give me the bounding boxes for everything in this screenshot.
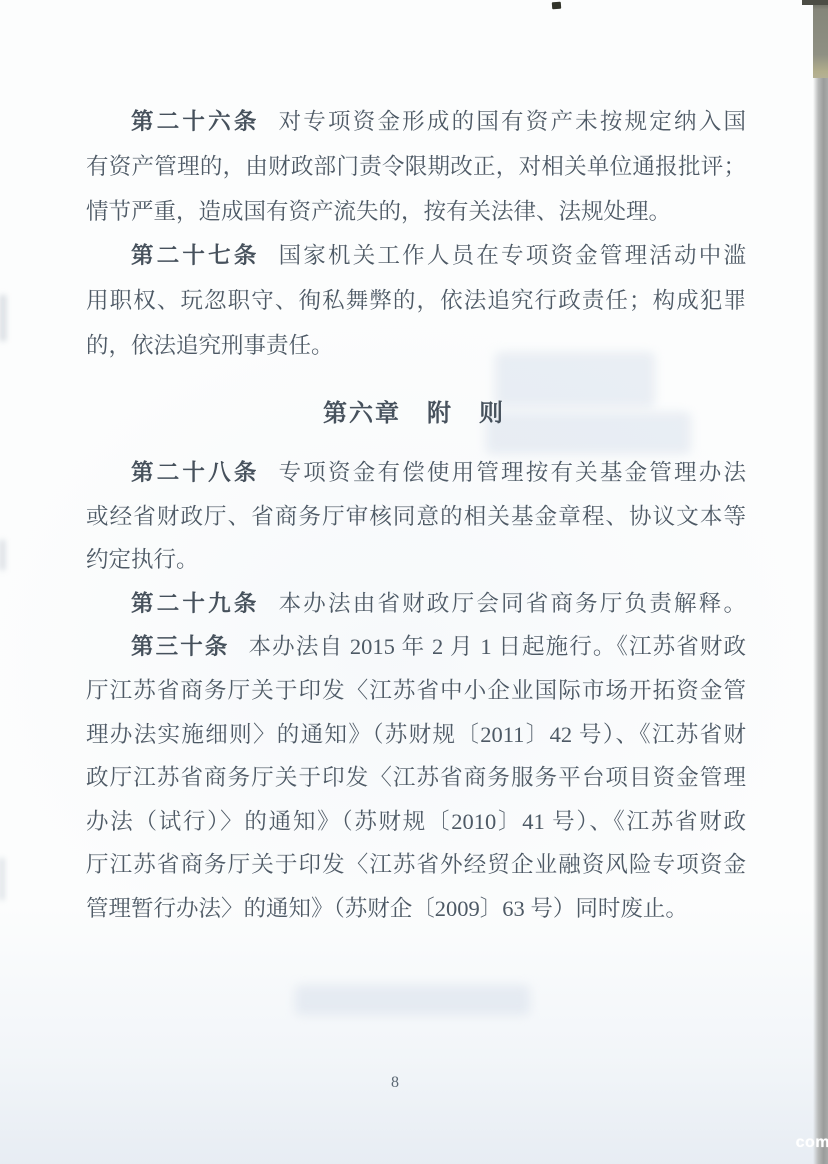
- line-text: 专项资金有偿使用管理按有关基金管理办法: [279, 460, 746, 485]
- scanner-edge-strip: [813, 0, 828, 1164]
- text-line: 第二十八条专项资金有偿使用管理按有关基金管理办法: [86, 451, 746, 495]
- line-text: 对专项资金形成的国有资产未按规定纳入国: [279, 109, 746, 134]
- line-text: 管理暂行办法〉的通知》（苏财企〔2009〕63 号）同时废止。: [86, 896, 688, 921]
- line-text: 理办法实施细则〉的通知》（苏财规〔2011〕42 号）、《江苏省财: [86, 722, 746, 747]
- line-text: 情节严重，造成国有资产流失的，按有关法律、法规处理。: [86, 199, 671, 224]
- edge-smudge: [0, 858, 4, 900]
- text-line: 用职权、玩忽职守、徇私舞弊的，依法追究行政责任；构成犯罪: [86, 279, 746, 324]
- bleed-through-smudge: [295, 985, 530, 1015]
- text-line: 或经省财政厅、省商务厅审核同意的相关基金章程、协议文本等: [86, 495, 746, 539]
- text-line: 办法（试行）〉的通知》（苏财规〔2010〕41 号）、《江苏省财政: [86, 800, 746, 844]
- text-line: 管理暂行办法〉的通知》（苏财企〔2009〕63 号）同时废止。: [86, 887, 746, 931]
- text-line: 第二十六条对专项资金形成的国有资产未按规定纳入国: [86, 100, 746, 145]
- line-text: 的，依法追究刑事责任。: [86, 333, 334, 358]
- article-number: 第二十六条: [131, 109, 260, 134]
- article-number: 第二十七条: [131, 243, 260, 268]
- articles-26-27-paragraphs: 第二十六条对专项资金形成的国有资产未按规定纳入国有资产管理的，由财政部门责令限期…: [86, 100, 746, 369]
- edge-smudge: [0, 295, 6, 341]
- article-number: 第二十八条: [131, 460, 260, 485]
- scanner-edge-corner: [802, 0, 828, 5]
- text-line: 厅江苏省商务厅关于印发〈江苏省中小企业国际市场开拓资金管: [86, 669, 746, 713]
- text-line: 第二十七条国家机关工作人员在专项资金管理活动中滥: [86, 234, 746, 279]
- text-line: 的，依法追究刑事责任。: [86, 324, 746, 369]
- text-line: 第三十条本办法自 2015 年 2 月 1 日起施行。《江苏省财政: [86, 625, 746, 669]
- line-text: 本办法自 2015 年 2 月 1 日起施行。《江苏省财政: [249, 634, 746, 659]
- line-text: 本办法由省财政厅会同省商务厅负责解释。: [279, 591, 746, 616]
- line-text: 厅江苏省商务厅关于印发〈江苏省中小企业国际市场开拓资金管: [86, 678, 746, 703]
- text-line: 厅江苏省商务厅关于印发〈江苏省外经贸企业融资风险专项资金: [86, 843, 746, 887]
- line-text: 国家机关工作人员在专项资金管理活动中滥: [279, 243, 746, 268]
- line-text: 用职权、玩忽职守、徇私舞弊的，依法追究行政责任；构成犯罪: [86, 288, 746, 313]
- text-line: 有资产管理的，由财政部门责令限期改正，对相关单位通报批评；: [86, 145, 746, 190]
- articles-28-30-paragraphs: 第二十八条专项资金有偿使用管理按有关基金管理办法或经省财政厅、省商务厅审核同意的…: [86, 451, 746, 931]
- line-text: 办法（试行）〉的通知》（苏财规〔2010〕41 号）、《江苏省财政: [86, 809, 746, 834]
- watermark-text: com: [796, 1134, 828, 1152]
- scan-tint-bottom: [0, 904, 828, 1164]
- article-number: 第二十九条: [131, 591, 260, 616]
- article-number: 第三十条: [131, 634, 230, 659]
- line-text: 厅江苏省商务厅关于印发〈江苏省外经贸企业融资风险专项资金: [86, 852, 746, 877]
- text-line: 理办法实施细则〉的通知》（苏财规〔2011〕42 号）、《江苏省财: [86, 713, 746, 757]
- text-line: 第二十九条本办法由省财政厅会同省商务厅负责解释。: [86, 582, 746, 626]
- text-line: 情节严重，造成国有资产流失的，按有关法律、法规处理。: [86, 190, 746, 235]
- chapter-heading: 第六章 附 则: [0, 394, 828, 434]
- scan-artifact-mark: [552, 2, 561, 10]
- line-text: 约定执行。: [86, 547, 199, 572]
- text-line: 政厅江苏省商务厅关于印发〈江苏省商务服务平台项目资金管理: [86, 756, 746, 800]
- line-text: 或经省财政厅、省商务厅审核同意的相关基金章程、协议文本等: [86, 504, 746, 529]
- line-text: 政厅江苏省商务厅关于印发〈江苏省商务服务平台项目资金管理: [86, 765, 746, 790]
- page-number: 8: [0, 1074, 790, 1092]
- scanned-document-page: 第二十六条对专项资金形成的国有资产未按规定纳入国有资产管理的，由财政部门责令限期…: [0, 0, 828, 1164]
- line-text: 有资产管理的，由财政部门责令限期改正，对相关单位通报批评；: [86, 154, 746, 179]
- text-line: 约定执行。: [86, 538, 746, 582]
- edge-smudge: [0, 540, 5, 570]
- scanner-edge-strip-top: [813, 0, 828, 78]
